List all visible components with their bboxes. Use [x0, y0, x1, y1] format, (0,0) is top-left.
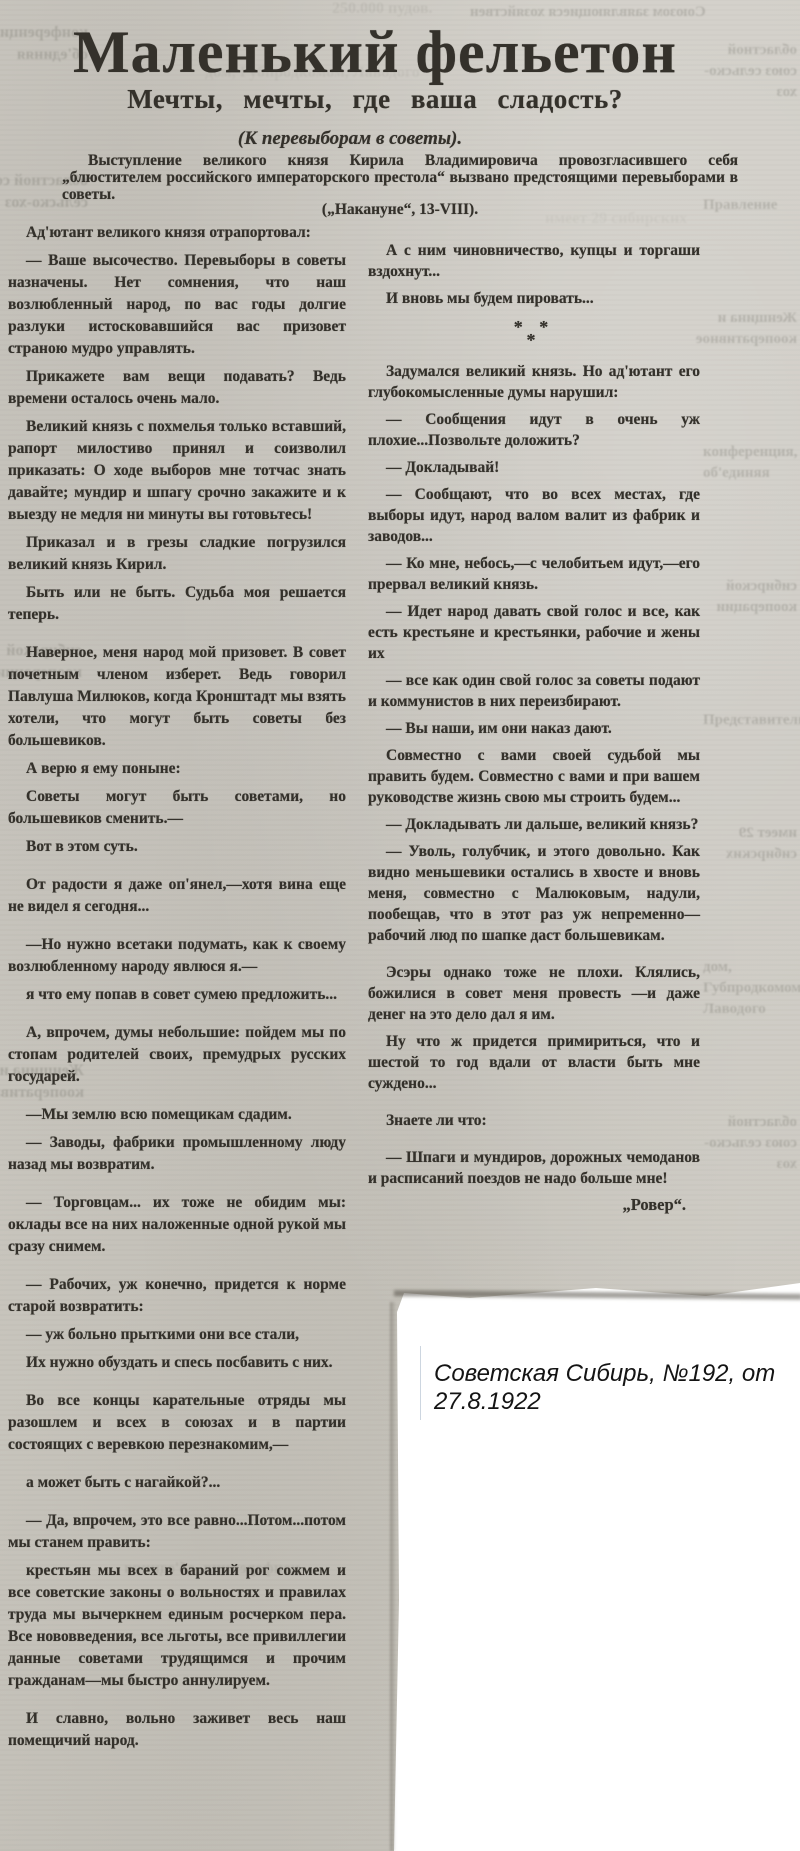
signature: „Ровер“.	[368, 1195, 700, 1215]
article-paragraph: Их нужно обуздать и спесь посбавить с ни…	[8, 1352, 346, 1374]
newspaper-clipping: 250.000 пудов. Союзом заявляющиеся хозяй…	[0, 0, 800, 1851]
bleedthrough-text: дом, Губпродкомом, Лаводого	[703, 957, 797, 1020]
article-paragraph: И вновь мы будем пировать...	[368, 288, 700, 309]
bleedthrough-text: областной союз сельско-хоз	[703, 1112, 797, 1175]
lead-source: („Накануне“, 13-VIII).	[62, 201, 738, 219]
article-paragraph: а может быть с нагайкой?...	[8, 1472, 346, 1494]
dedication-line: (К перевыборам в советы).	[60, 128, 640, 150]
headline: Маленький фельетон	[25, 18, 725, 87]
subtitle: Мечты, мечты, где ваша сладость?	[85, 84, 665, 115]
article-paragraph: — Ко мне, небось,—с челобитьем идут,—его…	[368, 553, 700, 595]
article-paragraph: Знаете ли что:	[368, 1110, 700, 1131]
article-paragraph: Прикажете вам вещи подавать? Ведь времен…	[8, 366, 346, 410]
torn-edge-shadow	[394, 1290, 800, 1300]
article-paragraph: А, впрочем, думы небольшие: пойдем мы по…	[8, 1022, 346, 1088]
caption-divider-line	[420, 1346, 421, 1420]
article-paragraph: Во все концы карательные отряды мы разош…	[8, 1390, 346, 1456]
bleedthrough-text: сибирской кооперации	[703, 576, 797, 618]
article-paragraph: —Но нужно всетаки подумать, как к своему…	[8, 934, 346, 978]
bleedthrough-text: Представительство	[703, 710, 797, 731]
article-paragraph: — Шпаги и мундиров, дорожных чемоданов и…	[368, 1147, 700, 1189]
lead-paragraph: Выступление великого князя Кирила Владим…	[62, 152, 738, 203]
asterisk-separator: * * *	[368, 321, 700, 347]
torn-edge-shadow-vertical	[390, 1302, 396, 1851]
article-paragraph: Советы могут быть советами, но большевик…	[8, 786, 346, 830]
article-paragraph: — Ваше высочество. Перевыборы в советы н…	[8, 250, 346, 360]
article-paragraph: Вот в этом суть.	[8, 836, 346, 858]
article-paragraph: — Идет народ давать свой голос и все, ка…	[368, 601, 700, 664]
bleedthrough-text: Женщина и кооперативное	[703, 308, 797, 350]
article-paragraph: я что ему попав в совет сумею предложить…	[8, 984, 346, 1006]
article-paragraph: — Заводы, фабрики промышленному люду наз…	[8, 1132, 346, 1176]
article-paragraph: — Уволь, голубчик, и этого довольно. Как…	[368, 841, 700, 946]
article-paragraph: — Докладывать ли дальше, великий князь?	[368, 814, 700, 835]
bleedthrough-text: 250.000 пудов.	[332, 0, 433, 18]
article-paragraph: — уж больно прыткими они все стали,	[8, 1324, 346, 1346]
article-paragraph: Эсэры однако тоже не плохи. Клялись, бож…	[368, 962, 700, 1025]
article-paragraph: —Мы землю всю помещикам сдадим.	[8, 1104, 346, 1126]
article-paragraph: И славно, вольно заживет весь наш помещи…	[8, 1708, 346, 1752]
article-paragraph: — все как один свой голос за советы пода…	[368, 670, 700, 712]
article-paragraph: крестьян мы всех в бараний рог сожмем и …	[8, 1560, 346, 1692]
article-paragraph: — Сообщения идут в очень уж плохие...Поз…	[368, 409, 700, 451]
article-paragraph: Ад'ютант великого князя отрапортовал:	[8, 222, 346, 244]
article-paragraph: Наверное, меня народ мой призовет. В сов…	[8, 642, 346, 752]
article-paragraph: Совместно с вами своей судьбой мы правит…	[368, 745, 700, 808]
article-paragraph: Великий князь с похмелья только вставший…	[8, 416, 346, 526]
article-paragraph: Приказал и в грезы сладкие погрузился ве…	[8, 532, 346, 576]
article-paragraph: — Да, впрочем, это все равно...Потом...п…	[8, 1510, 346, 1554]
article-paragraph: Ну что ж придется примириться, что и шес…	[368, 1031, 700, 1094]
article-paragraph: Быть или не быть. Судьба моя решается те…	[8, 582, 346, 626]
article-paragraph: — Рабочих, уж конечно, придется к норме …	[8, 1274, 346, 1318]
article-paragraph: Задумался великий князь. Но ад'ютант его…	[368, 361, 700, 403]
article-paragraph: А с ним чиновничество, купцы и торгаши в…	[368, 240, 700, 282]
source-caption: Советская Сибирь, №192, от 27.8.1922	[434, 1360, 794, 1416]
article-paragraph: А верю я ему поныне:	[8, 758, 346, 780]
article-paragraph: От радости я даже оп'янел,—хотя вина еще…	[8, 874, 346, 918]
article-paragraph: — Сообщают, что во всех местах, где выбо…	[368, 484, 700, 547]
article-paragraph: — Докладывай!	[368, 457, 700, 478]
page: 250.000 пудов. Союзом заявляющиеся хозяй…	[0, 0, 800, 1851]
bleedthrough-text: конференция, об'единяя	[703, 442, 797, 484]
bleedthrough-text: имеет 29 сибирских	[703, 823, 797, 865]
article-paragraph: — Торговцам... их тоже не обидим мы: окл…	[8, 1192, 346, 1258]
right-column: А с ним чиновничество, купцы и торгаши в…	[368, 240, 700, 1215]
article-paragraph: — Вы наши, им они наказ дают.	[368, 718, 700, 739]
left-column: Ад'ютант великого князя отрапортовал: — …	[8, 222, 346, 1758]
